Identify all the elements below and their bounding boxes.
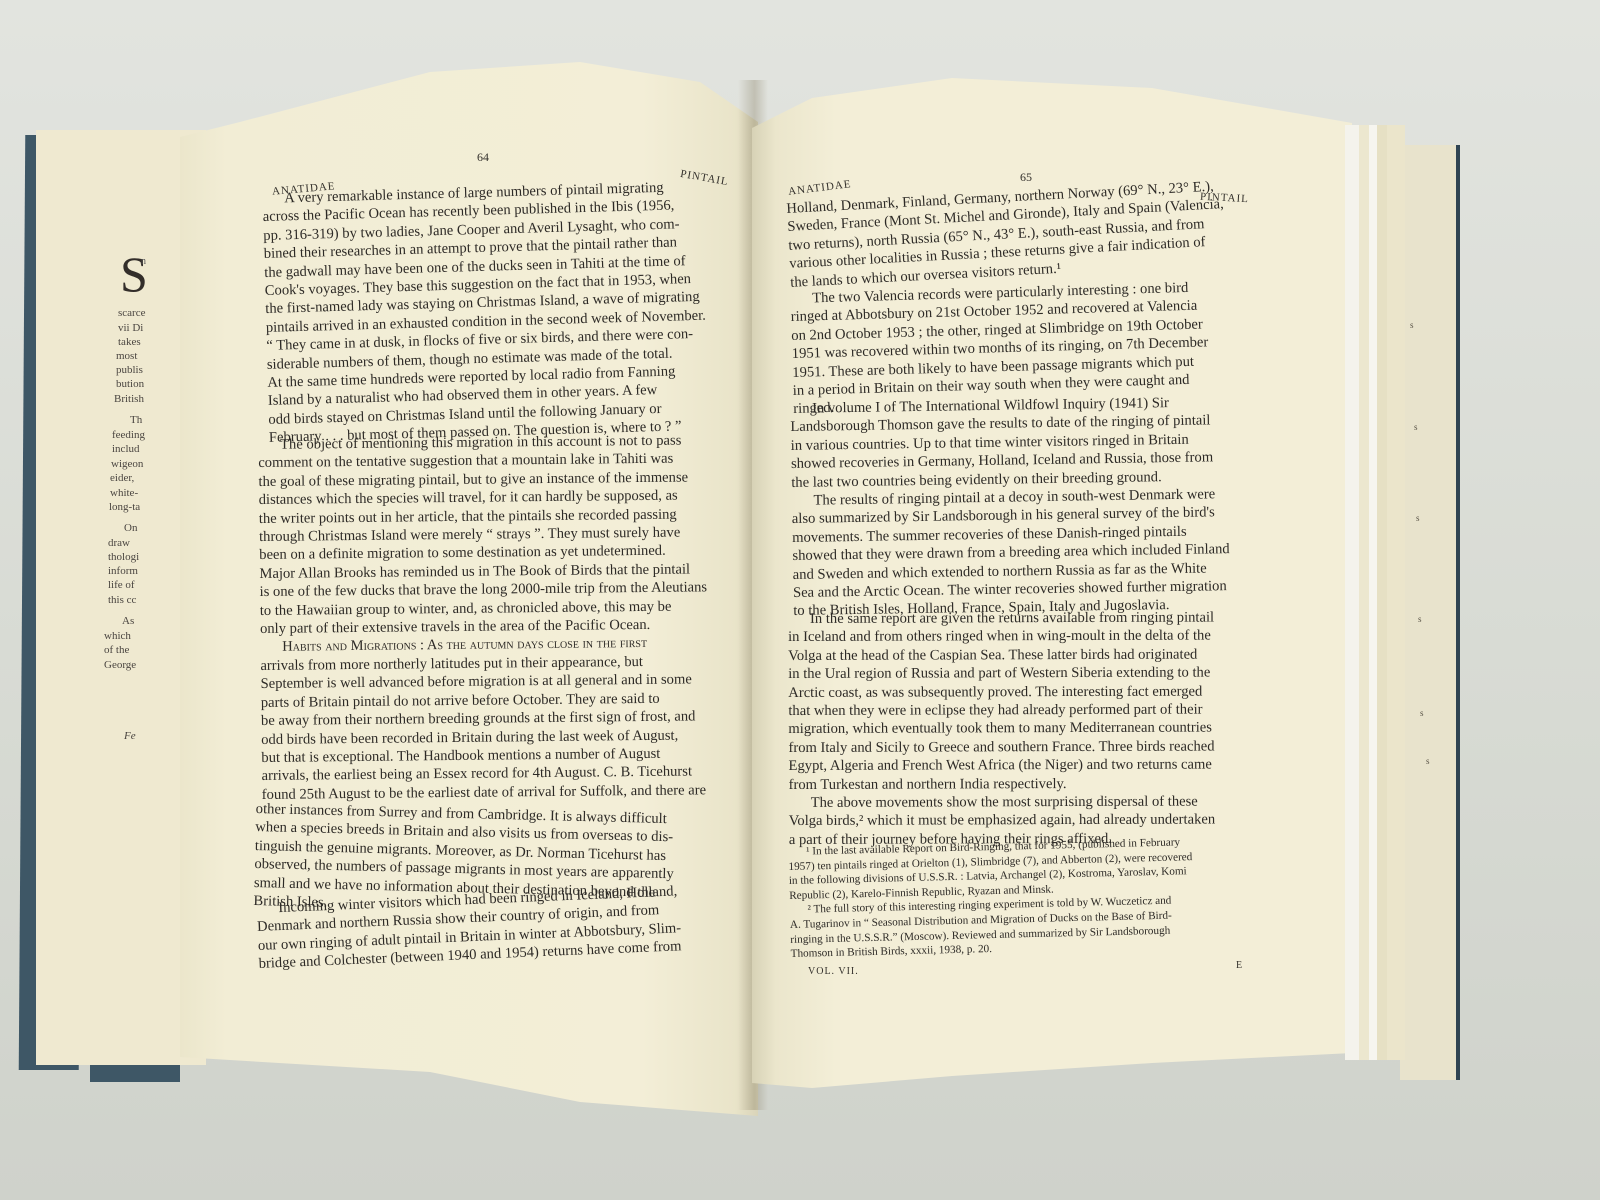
text-line: Egypt, Algeria and French West Africa (t… <box>789 756 1259 776</box>
flap-line: which <box>104 630 131 642</box>
text-line: that when they were in eclipse they had … <box>788 700 1258 720</box>
fore-edge-mark: s <box>1410 320 1414 330</box>
flap-line: draw <box>108 537 130 549</box>
page-edges <box>1345 125 1405 1060</box>
page-number: 64 <box>477 150 489 165</box>
text-line: in the Ural region of Russia and part of… <box>788 664 1258 684</box>
text-line: Volga birds,² which it must be emphasize… <box>789 811 1259 831</box>
flap-line: of the <box>104 644 129 656</box>
flap-line: white- <box>110 487 138 499</box>
flap-line: Th <box>130 414 142 426</box>
drop-cap: S <box>120 245 148 303</box>
fore-edge-mark: s <box>1418 614 1422 624</box>
text-line: in Iceland and from others ringed when i… <box>788 627 1258 647</box>
flap-line: vii Di <box>118 322 143 334</box>
flap-line: feeding <box>112 429 145 441</box>
flap-line: British <box>114 393 144 405</box>
flap-line: inform <box>108 565 138 577</box>
body-text: In the same report are given the returns… <box>788 608 1259 849</box>
flap-line: On <box>124 522 137 534</box>
flap-line: George <box>104 659 136 671</box>
flap-line: this cc <box>108 594 136 606</box>
text-line: Arctic coast, as was subsequently proved… <box>788 682 1258 702</box>
text-line: from Turkestan and northern India respec… <box>789 774 1259 794</box>
signature-mark: E <box>1236 960 1243 971</box>
flap-line: eider, <box>110 472 134 484</box>
flap-line: As <box>122 615 134 627</box>
flap-line: most <box>116 350 137 362</box>
body-text: In volume I of The International Wildfow… <box>790 393 1258 621</box>
text-line: from Italy and Sicily to Greece and sout… <box>788 737 1258 757</box>
body-text: A very remarkable instance of large numb… <box>262 177 739 448</box>
fore-edge-mark: s <box>1414 422 1418 432</box>
flap-line: includ <box>112 443 140 455</box>
text-line: In the same report are given the returns… <box>788 608 1258 628</box>
flap-line: scarce <box>118 307 145 319</box>
flap-line: thologi <box>108 551 139 563</box>
signature-volume: VOL. VII. <box>808 966 859 977</box>
body-text: The object of mentioning this migration … <box>258 431 732 804</box>
fore-edge-mark: s <box>1426 756 1430 766</box>
text-line: migration, which eventually took them to… <box>788 719 1258 739</box>
text-line: The above movements show the most surpri… <box>789 792 1259 812</box>
flap-footer: Fe <box>124 730 136 742</box>
flap-line: long-ta <box>109 501 140 513</box>
flap-line: bution <box>116 378 144 390</box>
flap-line: publis <box>116 364 143 376</box>
flap-line: life of <box>108 579 135 591</box>
page-number: 65 <box>1020 170 1032 185</box>
book-cover-right <box>1400 145 1460 1080</box>
footnotes: ¹ In the last available Report on Bird-R… <box>788 833 1266 961</box>
fore-edge-mark: s <box>1416 513 1420 523</box>
drop-cap-sup: n <box>141 256 146 267</box>
flap-line: wigeon <box>111 458 143 470</box>
text-line: Volga at the head of the Caspian Sea. Th… <box>788 645 1258 665</box>
flap-line: takes <box>118 336 141 348</box>
fore-edge-mark: s <box>1420 708 1424 718</box>
